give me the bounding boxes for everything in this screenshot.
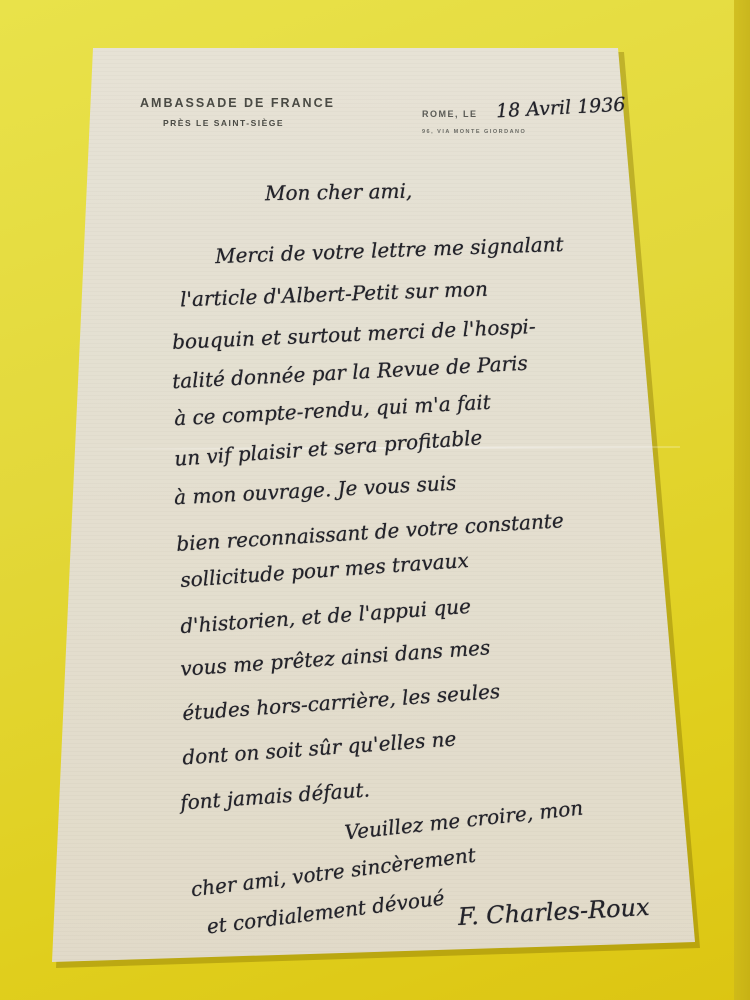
letter-paper	[0, 0, 750, 1000]
background-edge	[734, 0, 750, 1000]
letterhead-subtitle: PRÈS LE SAINT-SIÈGE	[163, 118, 284, 128]
letterhead-title: AMBASSADE DE FRANCE	[140, 96, 335, 110]
salutation: Mon cher ami,	[265, 179, 413, 206]
letterhead-place: ROME, LE	[422, 109, 478, 119]
letterhead-address: 96, VIA MONTE GIORDANO	[422, 129, 526, 135]
